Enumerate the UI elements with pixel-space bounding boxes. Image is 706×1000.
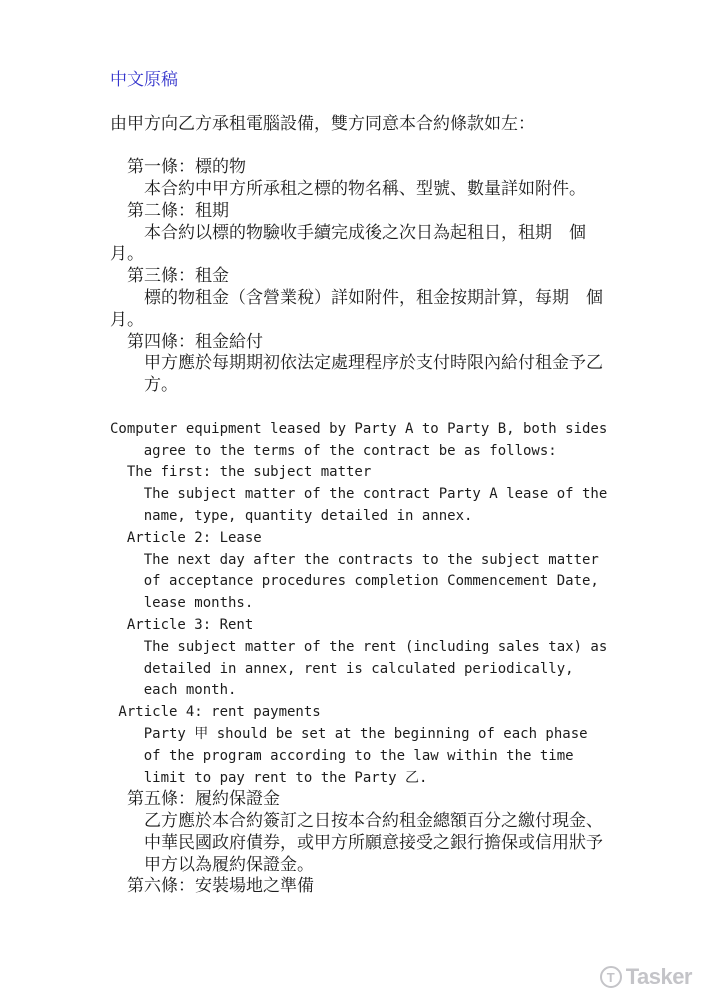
- text-line: The subject matter of the contract Party…: [110, 484, 630, 506]
- text-line: 第四條：租金給付: [110, 332, 630, 354]
- document-language-heading: 中文原稿: [110, 70, 630, 92]
- blank-line: [110, 92, 630, 114]
- text-line: 乙方應於本合約簽訂之日按本合約租金總額百分之繳付現金、: [110, 811, 630, 833]
- document-content: 中文原稿 由甲方向乙方承租電腦設備，雙方同意本合約條款如左： 第一條：標的物 本…: [110, 70, 630, 898]
- text-line: 標的物租金（含營業稅）詳如附件，租金按期計算，每期 個: [110, 288, 630, 310]
- text-line: 第五條：履約保證金: [110, 789, 630, 811]
- text-line: 第二條：租期: [110, 201, 630, 223]
- text-line: each month.: [110, 680, 630, 702]
- text-line: lease months.: [110, 593, 630, 615]
- text-line: [110, 135, 630, 157]
- text-line: 月。: [110, 310, 630, 332]
- text-line: 甲方應於每期期初依法定處理程序於支付時限內給付租金予乙: [110, 353, 630, 375]
- tasker-logo-icon: T: [600, 966, 622, 988]
- text-line: [110, 397, 630, 419]
- text-line: 甲方以為履約保證金。: [110, 855, 630, 877]
- text-line: 第三條：租金: [110, 266, 630, 288]
- text-line: 中華民國政府債券，或甲方所願意接受之銀行擔保或信用狀予: [110, 833, 630, 855]
- text-line: Article 2: Lease: [110, 528, 630, 550]
- text-line: 月。: [110, 244, 630, 266]
- text-line: of the program according to the law with…: [110, 746, 630, 768]
- text-line: 本合約以標的物驗收手續完成後之次日為起租日，租期 個: [110, 223, 630, 245]
- watermark-brand-label: Tasker: [626, 964, 692, 990]
- text-line: 第六條：安裝場地之準備: [110, 876, 630, 898]
- text-line: The first: the subject matter: [110, 462, 630, 484]
- text-line: agree to the terms of the contract be as…: [110, 441, 630, 463]
- text-line: 第一條：標的物: [110, 157, 630, 179]
- text-line: The next day after the contracts to the …: [110, 550, 630, 572]
- text-line: name, type, quantity detailed in annex.: [110, 506, 630, 528]
- chinese-continued-section: 第五條：履約保證金 乙方應於本合約簽訂之日按本合約租金總額百分之繳付現金、 中華…: [110, 789, 630, 898]
- document-page: 中文原稿 由甲方向乙方承租電腦設備，雙方同意本合約條款如左： 第一條：標的物 本…: [0, 0, 706, 1000]
- text-line: 方。: [110, 375, 630, 397]
- text-line: Article 3: Rent: [110, 615, 630, 637]
- text-line: 由甲方向乙方承租電腦設備，雙方同意本合約條款如左：: [110, 114, 630, 136]
- text-line: of acceptance procedures completion Comm…: [110, 571, 630, 593]
- chinese-original-section: 由甲方向乙方承租電腦設備，雙方同意本合約條款如左： 第一條：標的物 本合約中甲方…: [110, 114, 630, 419]
- tasker-watermark: T Tasker: [600, 964, 692, 990]
- text-line: The subject matter of the rent (includin…: [110, 637, 630, 659]
- text-line: Article 4: rent payments: [110, 702, 630, 724]
- text-line: detailed in annex, rent is calculated pe…: [110, 659, 630, 681]
- text-line: limit to pay rent to the Party 乙.: [110, 768, 630, 790]
- text-line: 本合約中甲方所承租之標的物名稱、型號、數量詳如附件。: [110, 179, 630, 201]
- english-translation-section: Computer equipment leased by Party A to …: [110, 419, 630, 790]
- text-line: Party 甲 should be set at the beginning o…: [110, 724, 630, 746]
- text-line: Computer equipment leased by Party A to …: [110, 419, 630, 441]
